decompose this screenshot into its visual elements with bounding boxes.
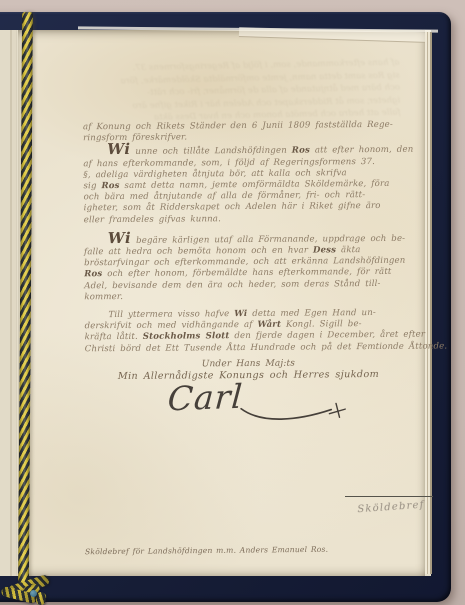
signature-flourish-stroke <box>239 385 358 433</box>
page-edge-right <box>425 32 432 574</box>
stamp-box-rule <box>345 496 433 497</box>
cord-knot-bead <box>30 590 37 597</box>
manuscript-text-block: af Konung och Rikets Ständer den 6 Junii… <box>83 120 412 383</box>
signature-name: Carl <box>166 377 244 420</box>
photo-backdrop: af hans efterkommande, som, i följd af R… <box>0 0 465 605</box>
royal-signature: Carl <box>167 373 358 436</box>
ink-showthrough: af hans efterkommande, som, i följd af R… <box>69 57 400 126</box>
manuscript-line: Wi begäre kärligen utaf alla Förmanande,… <box>84 231 411 248</box>
manuscript-line: Christi börd det Ett Tusende Åtta Hundra… <box>85 341 412 355</box>
cord-knot <box>0 570 80 605</box>
